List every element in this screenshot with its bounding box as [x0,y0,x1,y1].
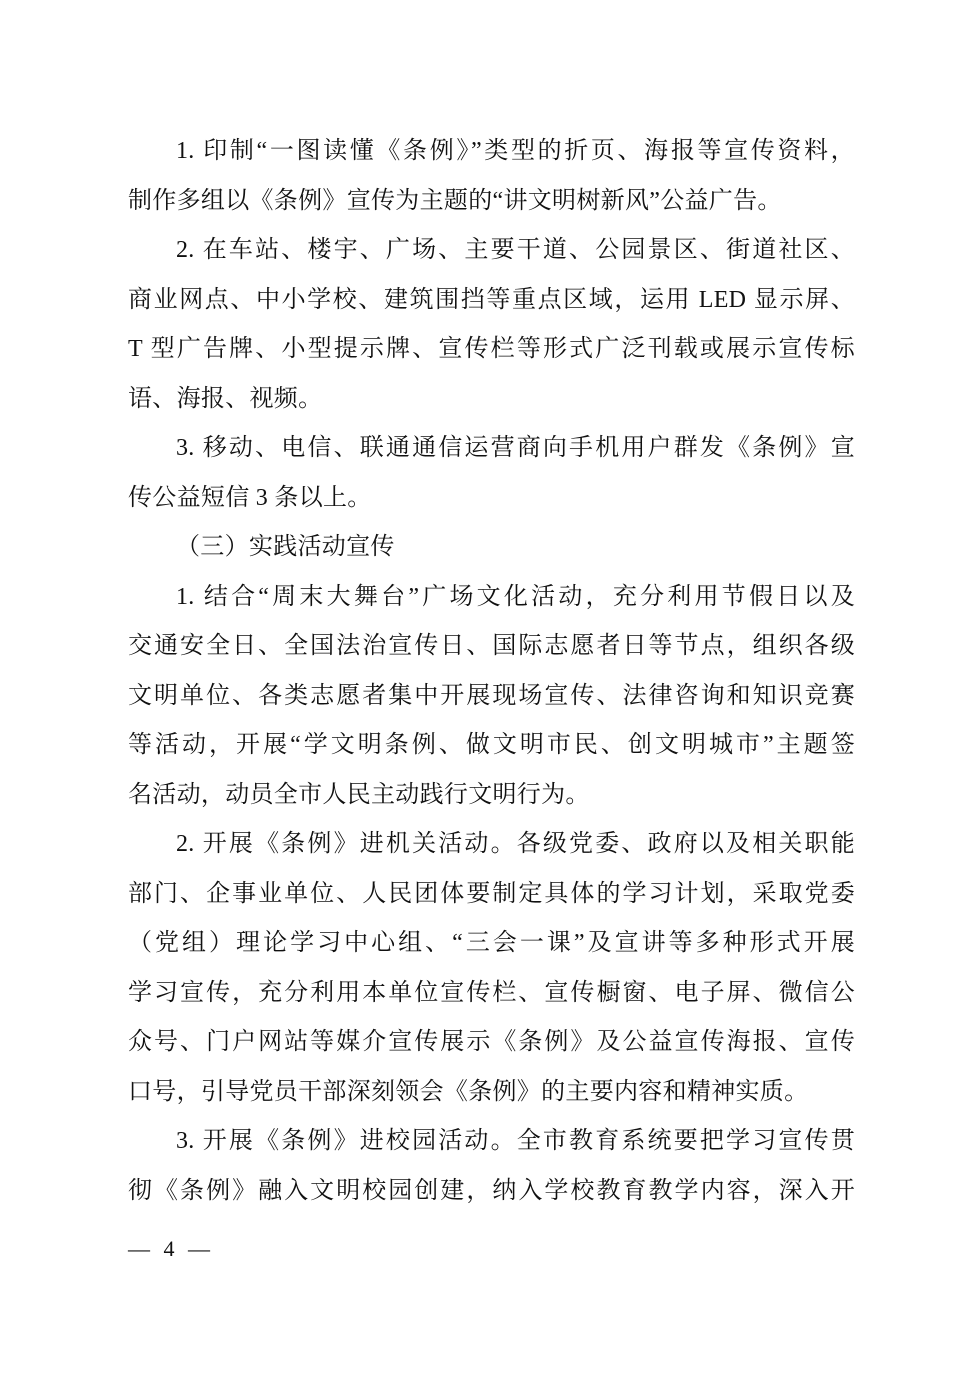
text-line: 制作多组以《条例》宣传为主题的“讲文明树新风”公益广告。 [128,177,855,227]
text-line: 文明单位、各类志愿者集中开展现场宣传、法律咨询和知识竞赛 [128,672,855,722]
text-line: 等活动，开展“学文明条例、做文明市民、创文明城市”主题签 [128,721,855,771]
text-line: 口号，引导党员干部深刻领会《条例》的主要内容和精神实质。 [128,1068,855,1118]
document-page: 1. 印制“一图读懂《条例》”类型的折页、海报等宣传资料，制作多组以《条例》宣传… [0,0,980,1386]
document-body: 1. 印制“一图读懂《条例》”类型的折页、海报等宣传资料，制作多组以《条例》宣传… [128,127,855,1216]
text-line: 2. 开展《条例》进机关活动。各级党委、政府以及相关职能 [128,820,855,870]
section-heading: （三）实践活动宣传 [128,523,855,573]
text-line: （党组）理论学习中心组、“三会一课”及宣讲等多种形式开展 [128,919,855,969]
text-line: 传公益短信 3 条以上。 [128,474,855,524]
text-line: 众号、门户网站等媒介宣传展示《条例》及公益宣传海报、宣传 [128,1018,855,1068]
text-line: T 型广告牌、小型提示牌、宣传栏等形式广泛刊载或展示宣传标 [128,325,855,375]
text-line: 彻《条例》融入文明校园创建，纳入学校教育教学内容，深入开 [128,1167,855,1217]
text-line: 部门、企事业单位、人民团体要制定具体的学习计划，采取党委 [128,870,855,920]
text-line: 1. 印制“一图读懂《条例》”类型的折页、海报等宣传资料， [128,127,855,177]
text-line: 3. 开展《条例》进校园活动。全市教育系统要把学习宣传贯 [128,1117,855,1167]
text-line: 语、海报、视频。 [128,375,855,425]
text-line: 名活动，动员全市人民主动践行文明行为。 [128,771,855,821]
text-line: 3. 移动、电信、联通通信运营商向手机用户群发《条例》宣 [128,424,855,474]
text-line: 交通安全日、全国法治宣传日、国际志愿者日等节点，组织各级 [128,622,855,672]
text-line: 2. 在车站、楼宇、广场、主要干道、公园景区、街道社区、 [128,226,855,276]
text-line: 学习宣传，充分利用本单位宣传栏、宣传橱窗、电子屏、微信公 [128,969,855,1019]
text-line: 1. 结合“周末大舞台”广场文化活动，充分利用节假日以及 [128,573,855,623]
page-number: — 4 — [128,1236,214,1262]
text-line: 商业网点、中小学校、建筑围挡等重点区域，运用 LED 显示屏、 [128,276,855,326]
